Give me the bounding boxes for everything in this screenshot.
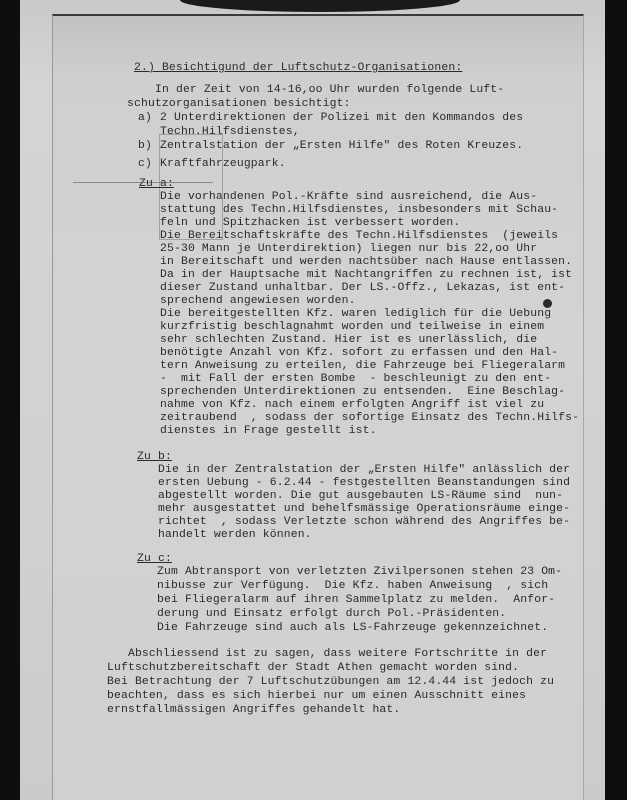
zu-a-line: dieser Zustand unhaltbar. Der LS.-Offz.,…	[160, 282, 565, 296]
zu-a-line: Da in der Hauptsache mit Nachtangriffen …	[160, 269, 572, 283]
zu-c-line: derung und Einsatz erfolgt durch Pol.-Pr…	[157, 608, 506, 622]
section-heading: 2.) Besichtigund der Luftschutz-Organisa…	[134, 62, 462, 76]
zu-a-line: Die Bereitschaftskräfte des Techn.Hilfsd…	[160, 230, 558, 244]
item-b-label: b)	[138, 140, 152, 154]
item-c-label: c)	[138, 158, 152, 172]
zu-a-line: sprechenden Unterdirektionen zu entsende…	[160, 386, 565, 400]
zu-a-line: benötigte Anzahl von Kfz. sofort zu erfa…	[160, 347, 558, 361]
item-a-line-1: 2 Unterdirektionen der Polizei mit den K…	[160, 112, 523, 126]
zu-c-heading: Zu c:	[137, 553, 172, 567]
zu-c-line: Zum Abtransport von verletzten Zivilpers…	[157, 566, 562, 580]
zu-a-line: feln und Spitzhacken ist verbessert word…	[160, 217, 460, 231]
zu-b-line: handelt werden können.	[158, 529, 312, 543]
zu-a-line: dienstes in Frage gestellt ist.	[160, 425, 377, 439]
zu-b-line: abgestellt worden. Die gut ausgebauten L…	[158, 490, 563, 504]
zu-a-line: - mit Fall der ersten Bombe - beschleuni…	[160, 373, 551, 387]
intro-line-1: In der Zeit von 14-16,oo Uhr wurden folg…	[155, 84, 504, 98]
zu-b-line: ersten Uebung - 6.2.44 - festgestellten …	[158, 477, 570, 491]
zu-b-line: mehr ausgestattet und behelfsmässige Ope…	[158, 503, 570, 517]
zu-a-heading: Zu a:	[139, 178, 174, 192]
item-a-line-2: Techn.Hilfsdienstes,	[160, 126, 300, 140]
zu-c-line: bei Fliegeralarm auf ihren Sammelplatz z…	[157, 594, 555, 608]
zu-a-line: zeitraubend , sodass der sofortige Einsa…	[160, 412, 579, 426]
zu-a-line: sehr schlechten Zustand. Hier ist es une…	[160, 334, 537, 348]
zu-b-heading: Zu b:	[137, 451, 172, 465]
conclusion-line: Bei Betrachtung der 7 Luftschutzübungen …	[107, 676, 554, 690]
zu-a-line: 25-30 Mann je Unterdirektion) liegen nur…	[160, 243, 537, 257]
conclusion-line: beachten, dass es sich hierbei nur um ei…	[107, 690, 526, 704]
conclusion-line: Luftschutzbereitschaft der Stadt Athen g…	[107, 662, 519, 676]
zu-b-line: richtet , sodass Verletzte schon während…	[158, 516, 570, 530]
item-b-line-1: Zentralstation der „Ersten Hilfe" des Ro…	[160, 140, 523, 154]
zu-a-line: in Bereitschaft und werden nachtsüber na…	[160, 256, 572, 270]
zu-c-line: Die Fahrzeuge sind auch als LS-Fahrzeuge…	[157, 622, 548, 636]
zu-a-line: sprechend angewiesen worden.	[160, 295, 356, 309]
zu-a-line: Die vorhandenen Pol.-Kräfte sind ausreic…	[160, 191, 537, 205]
item-a-label: a)	[138, 112, 152, 126]
zu-a-line: stattung des Techn.Hilfsdienstes, insbes…	[160, 204, 558, 218]
ink-blot	[543, 299, 552, 308]
conclusion-line: Abschliessend ist zu sagen, dass weitere…	[107, 648, 547, 662]
zu-a-line: kurzfristig beschlagnahmt worden und tei…	[160, 321, 544, 335]
zu-a-line: nahme von Kfz. nach einem erfolgten Angr…	[160, 399, 544, 413]
zu-a-line: Die bereitgestellten Kfz. waren lediglic…	[160, 308, 551, 322]
zu-b-line: Die in der Zentralstation der „Ersten Hi…	[158, 464, 570, 478]
conclusion-line: ernstfallmässigen Angriffes gehandelt ha…	[107, 704, 400, 718]
item-c-line-1: Kraftfahrzeugpark.	[160, 158, 286, 172]
zu-c-line: nibusse zur Verfügung. Die Kfz. haben An…	[157, 580, 548, 594]
intro-line-2: schutzorganisationen besichtigt:	[127, 98, 351, 112]
zu-a-line: tern Anweisung zu erteilen, die Fahrzeug…	[160, 360, 565, 374]
